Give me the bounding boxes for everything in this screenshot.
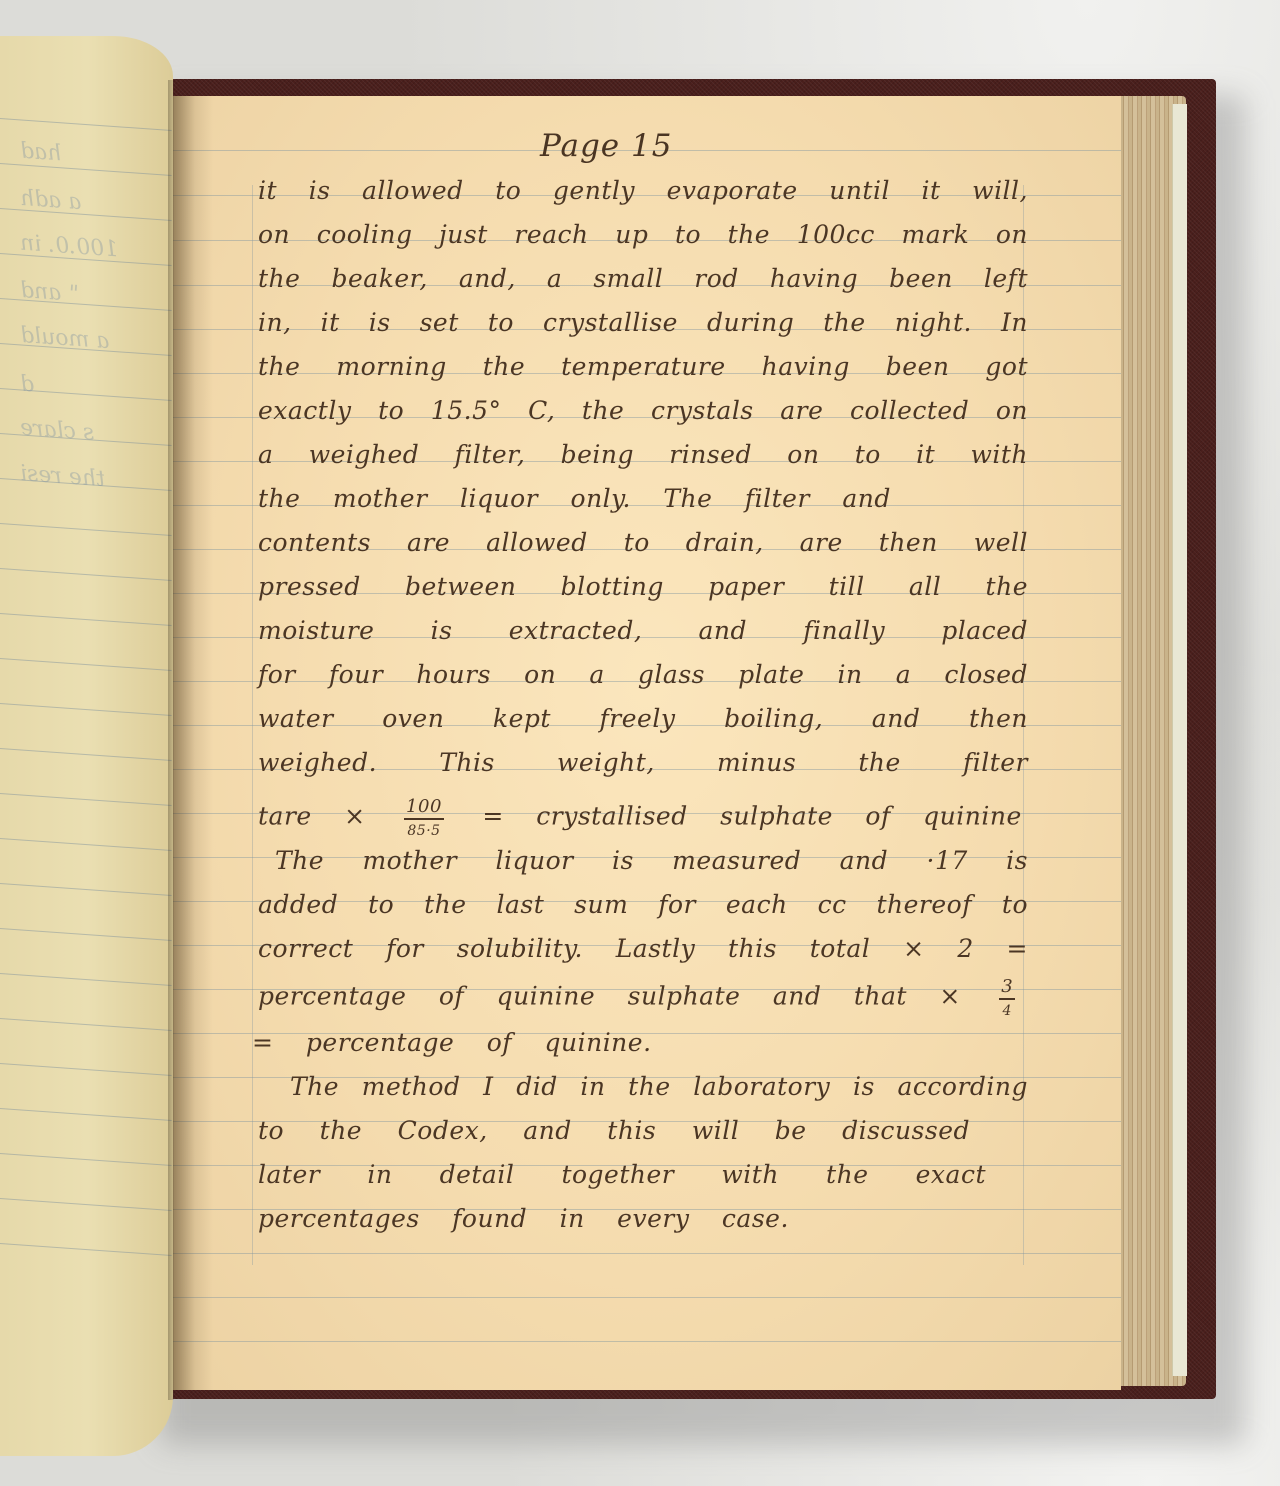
text-line: added to the last sum for each cc thereo… [258, 890, 1028, 919]
text-line: on cooling just reach up to the 100cc ma… [258, 220, 1028, 249]
text-line: exactly to 15.5° C, the crystals are col… [258, 396, 1028, 425]
page-heading: Page 15 [540, 128, 672, 164]
text-line: contents are allowed to drain, are then … [258, 528, 1028, 557]
text-line: later in detail together with the exact [258, 1160, 986, 1189]
gutter-shadow [173, 96, 213, 1390]
text-line: weighed. This weight, minus the filter [258, 748, 1028, 777]
fraction-3-over-4: 3 4 [999, 978, 1015, 1018]
formula-line: tare × 100 85·5 = crystallised sulphate … [258, 798, 1022, 838]
endpaper [1172, 104, 1187, 1376]
text-line: The method I did in the laboratory is ac… [290, 1072, 1028, 1101]
text-line: for four hours on a glass plate in a clo… [258, 660, 1028, 689]
text-line: the beaker, and, a small rod having been… [258, 264, 1028, 293]
fraction-line: percentage of quinine sulphate and that … [258, 978, 1021, 1018]
text-line: moisture is extracted, and finally place… [258, 616, 1028, 645]
text-line: the morning the temperature having been … [258, 352, 1028, 381]
left-page-edge [168, 80, 174, 1400]
text-line: pressed between blotting paper till all … [258, 572, 1028, 601]
left-margin-line [252, 185, 253, 1265]
text-line: correct for solubility. Lastly this tota… [258, 934, 1028, 963]
text-line: water oven kept freely boiling, and then [258, 704, 1028, 733]
text-line: in, it is set to crystallise during the … [258, 308, 1028, 337]
text-line: the mother liquor only. The filter and [258, 484, 1028, 513]
fraction-100-over-85-5: 100 85·5 [404, 798, 444, 838]
text-line: = percentage of quinine. [252, 1028, 652, 1057]
text-line: to the Codex, and this will be discussed [258, 1116, 970, 1145]
text-line: a weighed filter, being rinsed on to it … [258, 440, 1028, 469]
text-line: The mother liquor is measured and ·17 is [275, 846, 1028, 875]
text-line: it is allowed to gently evaporate until … [258, 176, 1028, 205]
text-line: percentages found in every case. [258, 1204, 789, 1233]
